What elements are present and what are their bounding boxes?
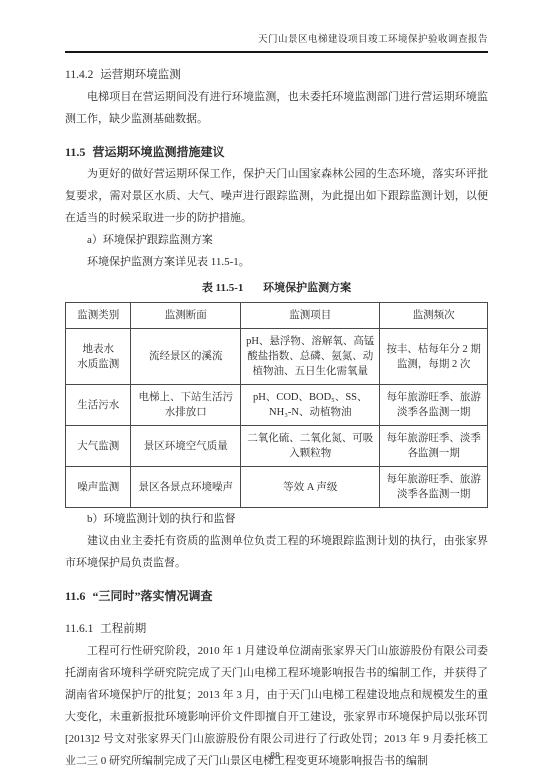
table-cell: 每年旅游旺季、旅游淡季各监测一期 — [380, 385, 488, 426]
table-cell: 每年旅游旺季、淡季各监测一期 — [380, 426, 488, 467]
table-cell: 景区环境空气质量 — [131, 426, 241, 467]
table-cell: 电梯上、下站生活污水排放口 — [131, 385, 241, 426]
table-cell: 每年旅游旺季、旅游淡季各监测一期 — [380, 467, 488, 508]
table-row: 大气监测 景区环境空气质量 二氧化硫、二氧化氮、可吸入颗粒物 每年旅游旺季、淡季… — [66, 426, 488, 467]
paragraph-suggestion: 为更好的做好营运期环保工作，保护天门山国家森林公园的生态环境，落实环评批复要求，… — [65, 163, 488, 229]
table-cell: 流经景区的溪流 — [131, 329, 241, 385]
table-cell: 二氧化硫、二氧化氮、可吸入颗粒物 — [241, 426, 380, 467]
table-caption-title: 环境保护监测方案 — [263, 282, 351, 294]
heading-number: 11.5 — [65, 145, 85, 159]
heading-number: 11.4.2 — [65, 69, 93, 81]
heading-11-6-1: 11.6.1工程前期 — [65, 618, 488, 640]
table-cell: pH、悬浮物、溶解氧、高锰酸盐指数、总磷、氨氮、动植物油、五日生化需氧量 — [241, 329, 380, 385]
table-cell: 景区各景点环境噪声 — [131, 467, 241, 508]
heading-text: 工程前期 — [100, 623, 146, 635]
list-item-b: b）环境监测计划的执行和监督 — [65, 508, 488, 530]
page-header-title: 天门山景区电梯建设项目竣工环境保护验收调查报告 — [65, 34, 488, 46]
document-page: 天门山景区电梯建设项目竣工环境保护验收调查报告 11.4.2运营期环境监测 电梯… — [0, 0, 550, 778]
table-cell: 噪声监测 — [66, 467, 131, 508]
column-header: 监测断面 — [131, 303, 241, 329]
heading-number: 11.6 — [65, 589, 85, 603]
heading-11-4-2: 11.4.2运营期环境监测 — [65, 64, 488, 86]
table-cell: 生活污水 — [66, 385, 131, 426]
heading-text: 运营期环境监测 — [100, 69, 181, 81]
monitoring-plan-table: 监测类别 监测断面 监测项目 监测频次 地表水 水质监测 流经景区的溪流 pH、… — [65, 302, 488, 508]
list-item-a: a）环境保护跟踪监测方案 — [65, 229, 488, 251]
table-cell: 按丰、枯每年分 2 期监测，每期 2 次 — [380, 329, 488, 385]
table-row: 噪声监测 景区各景点环境噪声 等效 A 声级 每年旅游旺季、旅游淡季各监测一期 — [66, 467, 488, 508]
paragraph-operation-monitoring: 电梯项目在营运期间没有进行环境监测，也未委托环境监测部门进行营运期环境监测工作，… — [65, 86, 488, 130]
heading-text: 营运期环境监测措施建议 — [93, 145, 225, 159]
table-caption: 表 11.5-1环境保护监测方案 — [65, 277, 488, 299]
table-cell: 等效 A 声级 — [241, 467, 380, 508]
table-cell: pH、COD、BOD₅、SS、NH₃-N、动植物油 — [241, 385, 380, 426]
table-row: 生活污水 电梯上、下站生活污水排放口 pH、COD、BOD₅、SS、NH₃-N、… — [66, 385, 488, 426]
table-cell: 大气监测 — [66, 426, 131, 467]
paragraph-table-ref: 环境保护监测方案详见表 11.5-1。 — [65, 251, 488, 273]
heading-11-6: 11.6“三同时”落实情况调查 — [65, 585, 488, 607]
column-header: 监测类别 — [66, 303, 131, 329]
header-divider — [65, 51, 488, 53]
column-header: 监测项目 — [241, 303, 380, 329]
paragraph-supervision: 建议由业主委托有资质的监测单位负责工程的环境跟踪监测计划的执行，由张家界市环境保… — [65, 530, 488, 574]
column-header: 监测频次 — [380, 303, 488, 329]
heading-number: 11.6.1 — [65, 623, 93, 635]
table-caption-label: 表 11.5-1 — [202, 282, 244, 294]
table-cell: 地表水 水质监测 — [66, 329, 131, 385]
heading-11-5: 11.5营运期环境监测措施建议 — [65, 141, 488, 163]
page-number: 88 — [0, 751, 550, 762]
heading-text: “三同时”落实情况调查 — [93, 589, 213, 603]
table-row: 地表水 水质监测 流经景区的溪流 pH、悬浮物、溶解氧、高锰酸盐指数、总磷、氨氮… — [66, 329, 488, 385]
table-header-row: 监测类别 监测断面 监测项目 监测频次 — [66, 303, 488, 329]
